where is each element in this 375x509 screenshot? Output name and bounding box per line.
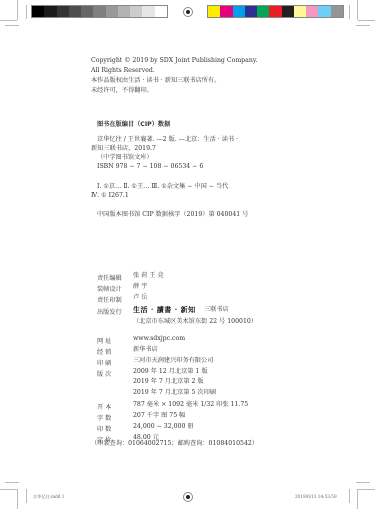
cip-entry-line1: 京华忆往 / 王世襄著. —2 版. —北京：生活 · 读书 · [97, 137, 238, 143]
cip-record-number: 中国版本图书馆 CIP 数据核字（2019）第 040041 号 [97, 212, 248, 218]
detail-label: 开 本 [97, 402, 111, 411]
detail-value: 2009 年 12 月北京第 1 版 [133, 369, 208, 375]
color-swatch [257, 6, 269, 17]
crop-mark-top-left-v2 [26, 5, 27, 19]
detail-label: 印 刷 [97, 358, 111, 367]
crop-mark-bottom-left-h [0, 489, 17, 490]
crop-mark-top-left-h [0, 20, 17, 21]
crop-mark-bottom-right-h2 [356, 482, 370, 483]
color-swatch [331, 6, 343, 17]
crop-mark-bottom-right-v2 [349, 489, 350, 503]
color-swatch [282, 6, 294, 17]
detail-value: 三河市天润建兴印务有限公司 [133, 358, 213, 364]
detail-value: 24,000 − 32,000 册 [133, 424, 194, 430]
crop-mark-top-right-v2 [349, 5, 350, 19]
copyright-line: Copyright © 2019 by SDX Joint Publishing… [91, 58, 257, 64]
color-swatch [106, 6, 118, 17]
crop-mark-top-left-v [17, 0, 18, 20]
cip-heading: 图书在版编目（CIP）数据 [97, 122, 170, 128]
crop-mark-top-right-v [357, 0, 358, 20]
credit-label-printing: 责任印制 [97, 295, 122, 304]
detail-value: 2019 年 7 月北京第 2 版 [133, 379, 204, 385]
publisher-logo: 生活 · 讀書 · 新知 [133, 306, 196, 313]
inquiry-info: （印装查询：01064002715；邮购查询：01084010542） [91, 441, 258, 447]
cip-subjects-line1: Ⅰ. ①京… Ⅱ. ①王… Ⅲ. ①杂文集 − 中国 − 当代 [97, 184, 228, 190]
credit-label-editor: 责任编辑 [97, 273, 122, 282]
color-swatch [57, 6, 69, 17]
color-swatch [44, 6, 56, 17]
color-swatch [208, 6, 220, 17]
cip-series: （中学图书馆文库） [97, 155, 153, 161]
credit-label-design: 装帧设计 [97, 284, 122, 293]
color-swatch [269, 6, 281, 17]
color-swatch [69, 6, 81, 17]
cip-entry-line2: 新知三联书店，2019.7 [91, 146, 156, 152]
color-swatch [294, 6, 306, 17]
website-link[interactable]: www.sdxjpc.com [133, 336, 185, 342]
color-swatch [93, 6, 105, 17]
registration-target-icon [183, 7, 193, 17]
crop-mark-bottom-left-v2 [26, 489, 27, 503]
crop-mark-top-right-h2 [356, 25, 370, 26]
crop-mark-top-right-h [358, 20, 375, 21]
copyright-cn: 本作品版权由生活 · 读书 · 新知三联书店所有。 [91, 78, 220, 84]
detail-value: 新华书店 [133, 347, 158, 353]
no-reprint-notice: 未经许可，不得翻印。 [91, 88, 153, 94]
color-swatch [81, 6, 93, 17]
credit-value-design: 薛 宇 [133, 284, 147, 290]
detail-label: 网 址 [97, 336, 111, 345]
registration-target-bottom-icon [183, 492, 193, 502]
detail-value: 787 毫米 × 1092 毫米 1/32 印张 11.75 [133, 402, 248, 408]
publisher-address: （北京市东城区美术馆东街 22 号 100010） [133, 319, 257, 325]
publisher-name: 三联书店 [204, 307, 229, 313]
color-swatch [306, 6, 318, 17]
detail-value: 2019 年 7 月北京第 5 次印刷 [133, 390, 216, 396]
color-bar [207, 5, 344, 18]
detail-label: 版 次 [97, 369, 111, 378]
publisher-label: 出版发行 [97, 307, 122, 316]
cip-subjects-line2: Ⅳ. ① I267.1 [91, 193, 129, 199]
crop-mark-bottom-left-h2 [5, 482, 19, 483]
detail-label: 印 数 [97, 424, 111, 433]
color-swatch [318, 6, 330, 17]
color-swatch [233, 6, 245, 17]
detail-value: 207 千字 图 75 幅 [133, 413, 185, 419]
color-swatch [142, 6, 154, 17]
color-swatch [155, 6, 167, 17]
detail-label: 经 销 [97, 347, 111, 356]
footer-timestamp: 2019/6/13 14:53:59 [295, 494, 337, 499]
rights-reserved: All Rights Reserved. [91, 68, 155, 74]
crop-mark-bottom-left-v [17, 489, 18, 509]
color-swatch [32, 6, 44, 17]
color-swatch [220, 6, 232, 17]
credit-value-editor: 张 荷 王 竞 [133, 273, 164, 279]
crop-mark-top-left-h2 [5, 25, 19, 26]
color-swatch [118, 6, 130, 17]
detail-label: 字 数 [97, 413, 111, 422]
grayscale-bar [31, 5, 168, 18]
color-swatch [130, 6, 142, 17]
crop-mark-bottom-right-h [358, 489, 375, 490]
cip-isbn: ISBN 978 − 7 − 108 − 06534 − 6 [97, 164, 203, 170]
crop-mark-bottom-right-v [357, 489, 358, 509]
credit-value-printing: 卢 岳 [133, 295, 147, 301]
color-swatch [245, 6, 257, 17]
footer-filename: 京华忆往.indd 1 [33, 494, 64, 500]
